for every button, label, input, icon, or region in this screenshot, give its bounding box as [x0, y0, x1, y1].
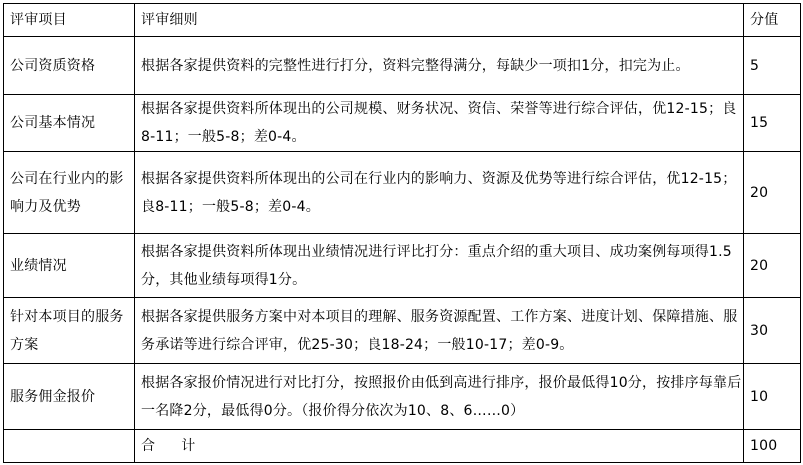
total-label: 合计 — [135, 430, 744, 463]
total-item-empty — [4, 430, 135, 463]
row-detail: 根据各家提供资料所体现出的公司在行业内的影响力、资源及优势等进行综合评估，优12… — [135, 152, 744, 234]
row-score: 5 — [744, 37, 801, 95]
table-row: 业绩情况 根据各家提供资料所体现出业绩情况进行评比打分：重点介绍的重大项目、成功… — [4, 234, 801, 298]
table-header-row: 评审项目 评审细则 分值 — [4, 4, 801, 37]
table-row: 公司在行业内的影响力及优势 根据各家提供资料所体现出的公司在行业内的影响力、资源… — [4, 152, 801, 234]
row-score: 20 — [744, 234, 801, 298]
row-score: 15 — [744, 95, 801, 152]
row-detail: 根据各家报价情况进行对比打分，按照报价由低到高进行排序，报价最低得10分，按排序… — [135, 364, 744, 430]
row-score: 10 — [744, 364, 801, 430]
table-row: 针对本项目的服务方案 根据各家提供服务方案中对本项目的理解、服务资源配置、工作方… — [4, 298, 801, 364]
total-label-part2: 计 — [181, 438, 195, 454]
row-score: 30 — [744, 298, 801, 364]
row-item: 公司资质资格 — [4, 37, 135, 95]
row-item: 针对本项目的服务方案 — [4, 298, 135, 364]
table-row: 公司基本情况 根据各家提供资料所体现出的公司规模、财务状况、资信、荣誉等进行综合… — [4, 95, 801, 152]
total-label-part1: 合 — [141, 438, 155, 454]
total-score: 100 — [744, 430, 801, 463]
table-row: 公司资质资格 根据各家提供资料的完整性进行打分，资料完整得满分，每缺少一项扣1分… — [4, 37, 801, 95]
row-detail: 根据各家提供资料所体现出的公司规模、财务状况、资信、荣誉等进行综合评估，优12-… — [135, 95, 744, 152]
row-detail: 根据各家提供资料所体现出业绩情况进行评比打分：重点介绍的重大项目、成功案例每项得… — [135, 234, 744, 298]
table-row: 服务佣金报价 根据各家报价情况进行对比打分，按照报价由低到高进行排序，报价最低得… — [4, 364, 801, 430]
total-row: 合计 100 — [4, 430, 801, 463]
header-item: 评审项目 — [4, 4, 135, 37]
row-detail: 根据各家提供资料的完整性进行打分，资料完整得满分，每缺少一项扣1分，扣完为止。 — [135, 37, 744, 95]
row-item: 服务佣金报价 — [4, 364, 135, 430]
scoring-criteria-table: 评审项目 评审细则 分值 公司资质资格 根据各家提供资料的完整性进行打分，资料完… — [3, 3, 801, 463]
row-item: 公司基本情况 — [4, 95, 135, 152]
row-item: 公司在行业内的影响力及优势 — [4, 152, 135, 234]
row-detail: 根据各家提供服务方案中对本项目的理解、服务资源配置、工作方案、进度计划、保障措施… — [135, 298, 744, 364]
header-detail: 评审细则 — [135, 4, 744, 37]
row-score: 20 — [744, 152, 801, 234]
header-score: 分值 — [744, 4, 801, 37]
row-item: 业绩情况 — [4, 234, 135, 298]
